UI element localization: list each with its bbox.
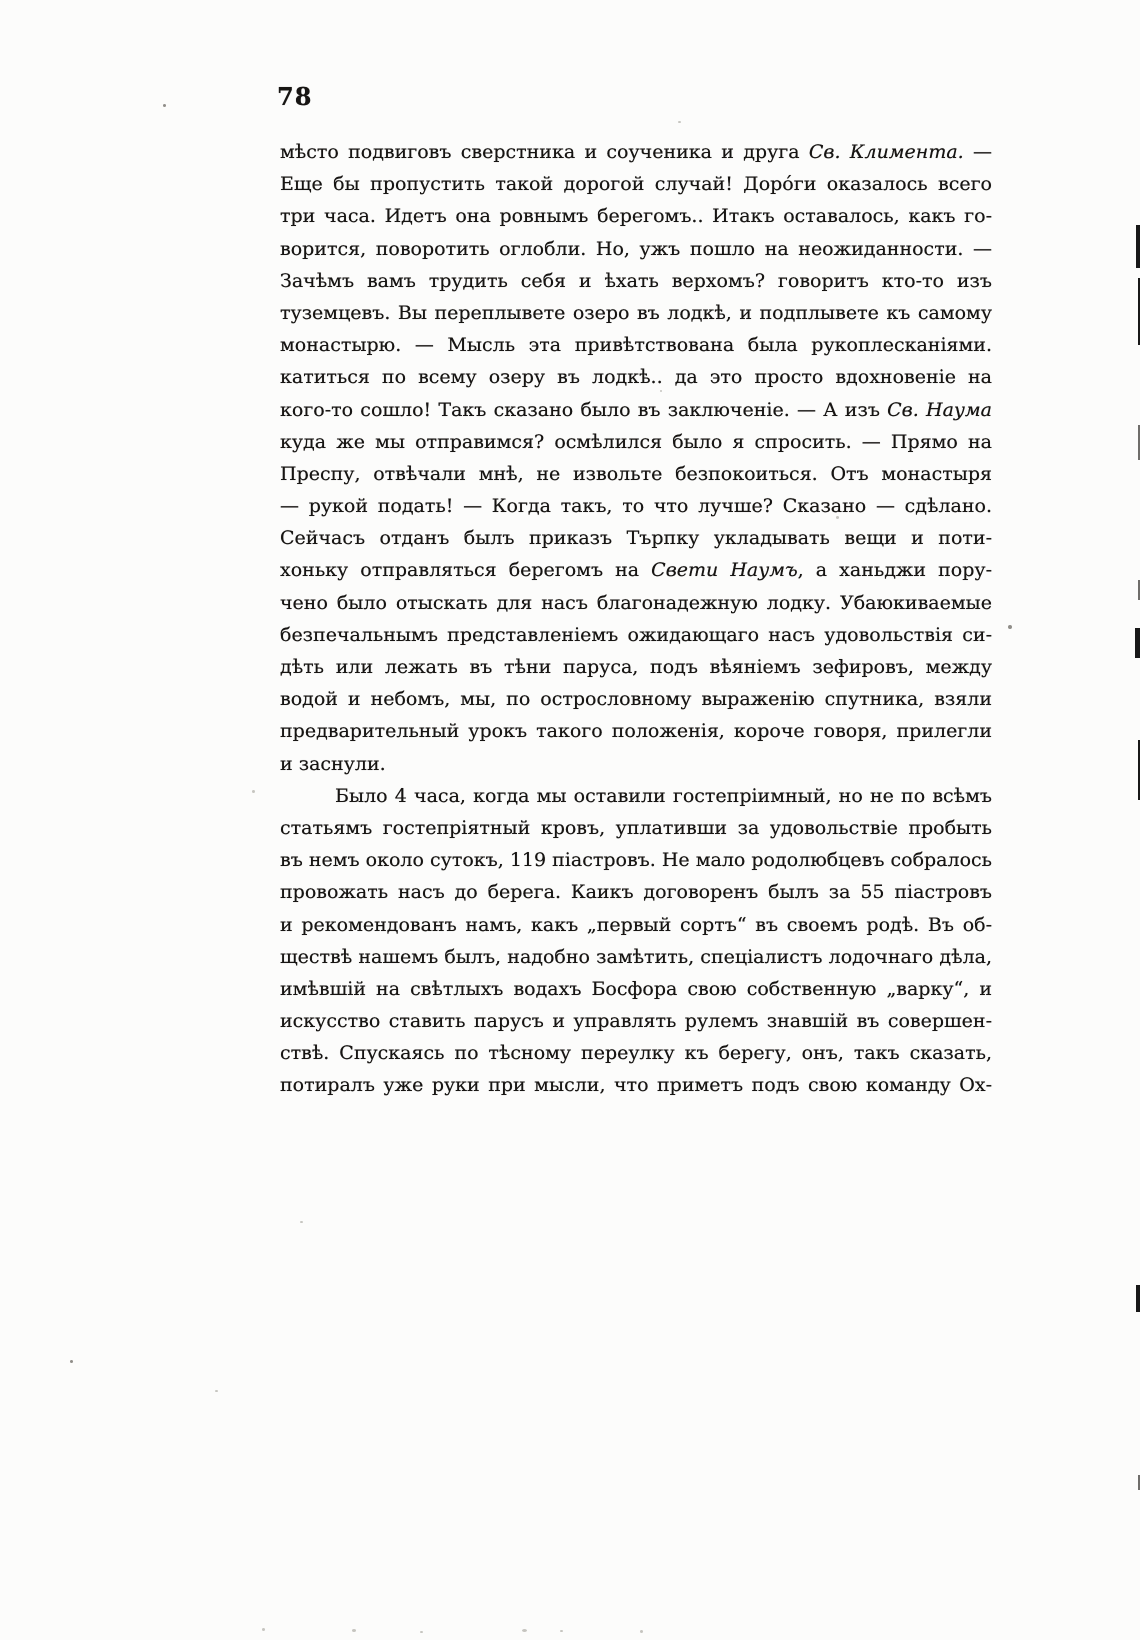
text-line: монастырю. — Мысль эта привѣтствована бы… <box>280 329 992 361</box>
text-line: водой и небомъ, мы, по острословному выр… <box>280 683 992 715</box>
scan-speck <box>163 104 166 107</box>
text-segment: имѣвшій на свѣтлыхъ водахъ Босфора свою … <box>280 978 992 1000</box>
text-segment: мѣсто подвиговъ сверстника и соученика и… <box>280 141 809 163</box>
text-segment: безпечальнымъ представленіемъ ожидающаго… <box>280 624 992 646</box>
text-segment: ствѣ. Спускаясь по тѣсному переулку къ б… <box>280 1042 992 1064</box>
text-line: Зачѣмъ вамъ трудить себя и ѣхать верхомъ… <box>280 265 992 297</box>
scan-speck <box>678 121 681 123</box>
page-edge-artifact <box>1136 225 1140 268</box>
text-segment: искусство ставить парусъ и управлять рул… <box>280 1010 992 1032</box>
text-segment: потиралъ уже руки при мысли, что приметъ… <box>280 1074 992 1096</box>
text-line: кого-то сошло! Такъ сказано было въ закл… <box>280 394 992 426</box>
text-line: Было 4 часа, когда мы оставили гостепріи… <box>280 780 992 812</box>
text-line: ворится, поворотить оглобли. Но, ужъ пош… <box>280 233 992 265</box>
text-line: въ немъ около сутокъ, 119 піастровъ. Не … <box>280 844 992 876</box>
scan-speck <box>300 1221 303 1223</box>
text-segment: Еще бы пропустить такой дорогой случай! … <box>280 173 992 195</box>
text-line: предварительный урокъ такого положенія, … <box>280 715 992 747</box>
text-segment: кого-то сошло! Такъ сказано было въ закл… <box>280 399 887 421</box>
text-segment: — рукой подать! — Когда такъ, то что луч… <box>280 495 992 517</box>
text-segment: — <box>964 141 992 163</box>
text-segment: Зачѣмъ вамъ трудить себя и ѣхать верхомъ… <box>280 270 992 292</box>
scan-speck <box>70 1360 73 1363</box>
scan-speck <box>1008 625 1012 629</box>
page-edge-artifact <box>1135 628 1140 658</box>
text-line: провожать насъ до берега. Каикъ договоре… <box>280 876 992 908</box>
text-line: куда же мы отправимся? осмѣлился было я … <box>280 426 992 458</box>
text-segment: провожать насъ до берега. Каикъ договоре… <box>280 881 992 903</box>
text-segment: и рекомендованъ намъ, какъ „первый сортъ… <box>280 914 992 936</box>
text-line: дѣть или лежать въ тѣни паруса, подъ вѣя… <box>280 651 992 683</box>
text-line: чено было отыскать для насъ благонадежну… <box>280 587 992 619</box>
page-edge-artifact <box>1136 1285 1140 1312</box>
scan-speck <box>262 1628 265 1631</box>
scan-speck <box>352 1629 356 1632</box>
text-line: искусство ставить парусъ и управлять рул… <box>280 1005 992 1037</box>
scan-speck <box>836 516 839 519</box>
text-segment: ществѣ нашемъ былъ, надобно замѣтить, сп… <box>280 946 992 968</box>
scan-speck <box>640 1630 643 1633</box>
text-segment: Было 4 часа, когда мы оставили гостепріи… <box>335 785 992 807</box>
text-line: Еще бы пропустить такой дорогой случай! … <box>280 168 992 200</box>
body-text: мѣсто подвиговъ сверстника и соученика и… <box>280 136 992 1102</box>
text-segment: монастырю. — Мысль эта привѣтствована бы… <box>280 334 992 361</box>
text-line: три часа. Идетъ она ровнымъ берегомъ.. И… <box>280 200 992 232</box>
text-line: статьямъ гостепріятный кровъ, уплативши … <box>280 812 992 844</box>
text-line: туземцевъ. Вы переплывете озеро въ лодкѣ… <box>280 297 992 329</box>
text-segment: туземцевъ. Вы переплывете озеро въ лодкѣ… <box>280 302 992 324</box>
text-line: ствѣ. Спускаясь по тѣсному переулку къ б… <box>280 1037 992 1069</box>
text-line: потиралъ уже руки при мысли, что приметъ… <box>280 1069 992 1101</box>
text-line: — рукой подать! — Когда такъ, то что луч… <box>280 490 992 522</box>
text-line: Сейчасъ отданъ былъ приказъ Търпку уклад… <box>280 522 992 554</box>
italic-text-segment: Св. Климента. <box>809 141 964 163</box>
scan-speck <box>420 1631 423 1633</box>
scan-speck <box>522 1629 527 1632</box>
scan-speck <box>560 1630 563 1632</box>
text-segment: статьямъ гостепріятный кровъ, уплативши … <box>280 817 992 839</box>
text-line: имѣвшій на свѣтлыхъ водахъ Босфора свою … <box>280 973 992 1005</box>
scan-speck <box>660 390 662 392</box>
text-line: катиться по всему озеру въ лодкѣ.. да эт… <box>280 361 992 393</box>
text-segment: хоньку отправляться берегомъ на <box>280 559 651 581</box>
text-segment: три часа. Идетъ она ровнымъ берегомъ.. И… <box>280 205 992 227</box>
scan-speck <box>252 790 255 793</box>
text-segment: катиться по всему озеру въ лодкѣ.. да эт… <box>280 366 992 388</box>
text-segment: , а ханьджи пору- <box>798 559 992 581</box>
text-segment: въ немъ около сутокъ, 119 піастровъ. Не … <box>280 849 992 871</box>
text-line: и рекомендованъ намъ, какъ „первый сортъ… <box>280 909 992 941</box>
text-segment: ворится, поворотить оглобли. Но, ужъ пош… <box>280 238 992 260</box>
text-line: мѣсто подвиговъ сверстника и соученика и… <box>280 136 992 168</box>
text-segment: предварительный урокъ такого положенія, … <box>280 720 992 742</box>
text-line: ществѣ нашемъ былъ, надобно замѣтить, сп… <box>280 941 992 973</box>
text-line: Преспу, отвѣчали мнѣ, не извольте безпок… <box>280 458 992 490</box>
page-number: 78 <box>277 82 312 111</box>
scan-speck <box>215 1390 218 1392</box>
text-segment: куда же мы отправимся? осмѣлился было я … <box>280 431 992 453</box>
italic-text-segment: Свети Наумъ <box>651 559 798 581</box>
text-segment: и заснули. <box>280 753 386 775</box>
text-line: безпечальнымъ представленіемъ ожидающаго… <box>280 619 992 651</box>
text-segment: Сейчасъ отданъ былъ приказъ Търпку уклад… <box>280 527 992 549</box>
text-segment: Преспу, отвѣчали мнѣ, не извольте безпок… <box>280 463 992 490</box>
text-segment: дѣть или лежать въ тѣни паруса, подъ вѣя… <box>280 656 992 678</box>
text-segment: чено было отыскать для насъ благонадежну… <box>280 592 992 614</box>
text-line: хоньку отправляться берегомъ на Свети На… <box>280 554 992 586</box>
text-segment: водой и небомъ, мы, по острословному выр… <box>280 688 992 710</box>
scanned-book-page: { "document": { "page_number": "78", "la… <box>0 0 1140 1640</box>
italic-text-segment: Св. Наума <box>887 399 992 421</box>
text-line: и заснули. <box>280 748 992 780</box>
